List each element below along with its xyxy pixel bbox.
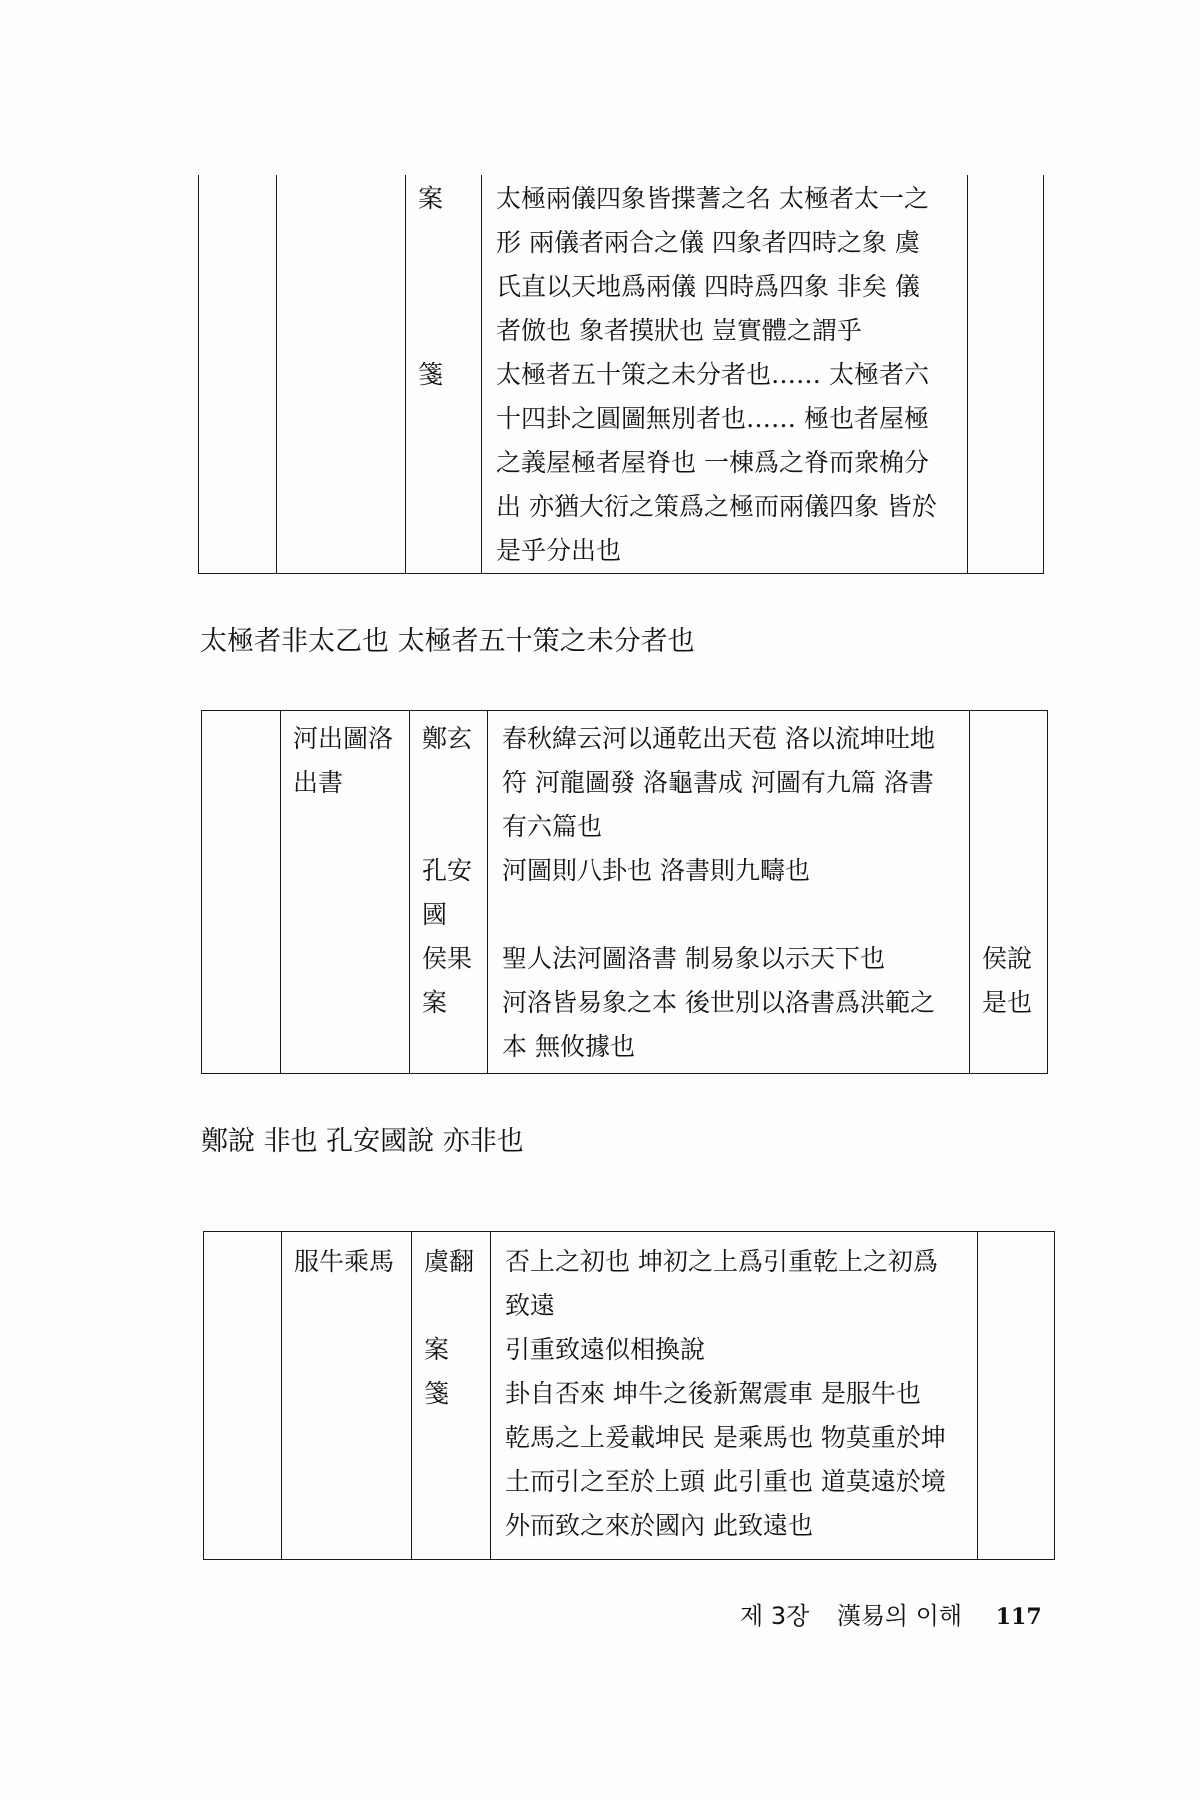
topic-line: 服牛乘馬 (294, 1240, 405, 1284)
text-line: 土而引之至於上頭 此引重也 道莫遠於境 (505, 1460, 969, 1504)
topic-cell (277, 175, 406, 574)
topic-line: 河出圖洛 (293, 717, 403, 761)
text-line: 太極者五十策之未分者也…… 太極者六 (496, 353, 959, 397)
text-line: 河洛皆易象之本 後世別以洛書爲洪範之 (502, 981, 961, 1025)
remark-line: 侯說 (982, 937, 1041, 981)
source-label-cell: 案 箋 (406, 175, 482, 574)
text-line: 形 兩儀者兩合之儀 四象者四時之象 虞 (496, 221, 959, 265)
topic-cell: 河出圖洛 出書 (281, 711, 410, 1074)
text-line: 致遠 (505, 1284, 969, 1328)
commentary-table-taiji: 案 箋 太極兩儀四象皆揲蓍之名 太極者太一之 形 兩儀者兩合之儀 四象者四時之象… (198, 175, 1044, 574)
remark-line: 是也 (982, 981, 1041, 1025)
empty-col-a (204, 1232, 282, 1560)
row-label: 侯果 (422, 937, 481, 981)
text-line: 十四卦之圓圖無別者也…… 極也者屋極 (496, 397, 959, 441)
text-line: 乾馬之上爰載坤民 是乘馬也 物莫重於坤 (505, 1416, 969, 1460)
text-line: 河圖則八卦也 洛書則九疇也 (502, 849, 961, 893)
text-line: 之義屋極者屋脊也 一棟爲之脊而衆桷分 (496, 441, 959, 485)
text-line: 春秋緯云河以通乾出天苞 洛以流坤吐地 (502, 717, 961, 761)
summary-line-taiji: 太極者非太乙也 太極者五十策之未分者也 (200, 622, 695, 662)
topic-line: 出書 (293, 761, 403, 805)
row-label: 案 (424, 1328, 484, 1372)
page-footer: 제 3장 漢易의 이해 117 (740, 1596, 1042, 1631)
text-line: 否上之初也 坤初之上爲引重乾上之初爲 (505, 1240, 969, 1284)
text-line: 符 河龍圖發 洛龜書成 河圖有九篇 洛書 (502, 761, 961, 805)
text-line: 是乎分出也 (496, 529, 959, 573)
commentary-table-funiu-chengma: 服牛乘馬 虞翻 案 箋 否上之初也 坤初之上爲引重乾上之初爲 致遠 引重致遠似相… (203, 1231, 1055, 1560)
chapter-label: 제 3장 (740, 1602, 809, 1630)
row-label: 孔安 (422, 849, 481, 893)
text-line: 出 亦猶大衍之策爲之極而兩儀四象 皆於 (496, 485, 959, 529)
row-label: 虞翻 (424, 1240, 484, 1284)
row-label: 箋 (424, 1372, 484, 1416)
commentary-text-cell: 太極兩儀四象皆揲蓍之名 太極者太一之 形 兩儀者兩合之儀 四象者四時之象 虞 氏… (482, 175, 968, 574)
text-line: 外而致之來於國內 此致遠也 (505, 1504, 969, 1548)
commentary-text-cell: 否上之初也 坤初之上爲引重乾上之初爲 致遠 引重致遠似相換說 卦自否來 坤牛之後… (491, 1232, 978, 1560)
row-label: 國 (422, 893, 481, 937)
text-line: 太極兩儀四象皆揲蓍之名 太極者太一之 (496, 177, 959, 221)
source-label-cell: 鄭玄 孔安 國 侯果 案 (410, 711, 488, 1074)
empty-col-a (199, 175, 277, 574)
remark-cell (978, 1232, 1055, 1560)
commentary-table-hetu-luoshu: 河出圖洛 出書 鄭玄 孔安 國 侯果 案 春秋緯云河以通乾出天苞 洛以流坤吐地 … (201, 710, 1048, 1074)
text-line: 氏直以天地爲兩儀 四時爲四象 非矣 儀 (496, 265, 959, 309)
text-line: 者倣也 象者摸狀也 豈實體之謂乎 (496, 309, 959, 353)
chapter-title: 漢易의 이해 (837, 1602, 962, 1630)
row-label: 案 (418, 177, 475, 221)
text-line: 聖人法河圖洛書 制易象以示天下也 (502, 937, 961, 981)
row-label: 案 (422, 981, 481, 1025)
text-line: 引重致遠似相換說 (505, 1328, 969, 1372)
source-label-cell: 虞翻 案 箋 (412, 1232, 491, 1560)
commentary-text-cell: 春秋緯云河以通乾出天苞 洛以流坤吐地 符 河龍圖發 洛龜書成 河圖有九篇 洛書 … (488, 711, 970, 1074)
text-line: 本 無攸據也 (502, 1025, 961, 1069)
empty-col-a (202, 711, 281, 1074)
row-label: 鄭玄 (422, 717, 481, 761)
page-number: 117 (996, 1604, 1042, 1630)
row-label: 箋 (418, 353, 475, 397)
text-line: 卦自否來 坤牛之後新駕震車 是服牛也 (505, 1372, 969, 1416)
text-line: 有六篇也 (502, 805, 961, 849)
topic-cell: 服牛乘馬 (282, 1232, 412, 1560)
remark-cell: 侯說 是也 (970, 711, 1048, 1074)
remark-cell (968, 175, 1044, 574)
summary-line-hetu: 鄭說 非也 孔安國說 亦非也 (201, 1122, 524, 1162)
